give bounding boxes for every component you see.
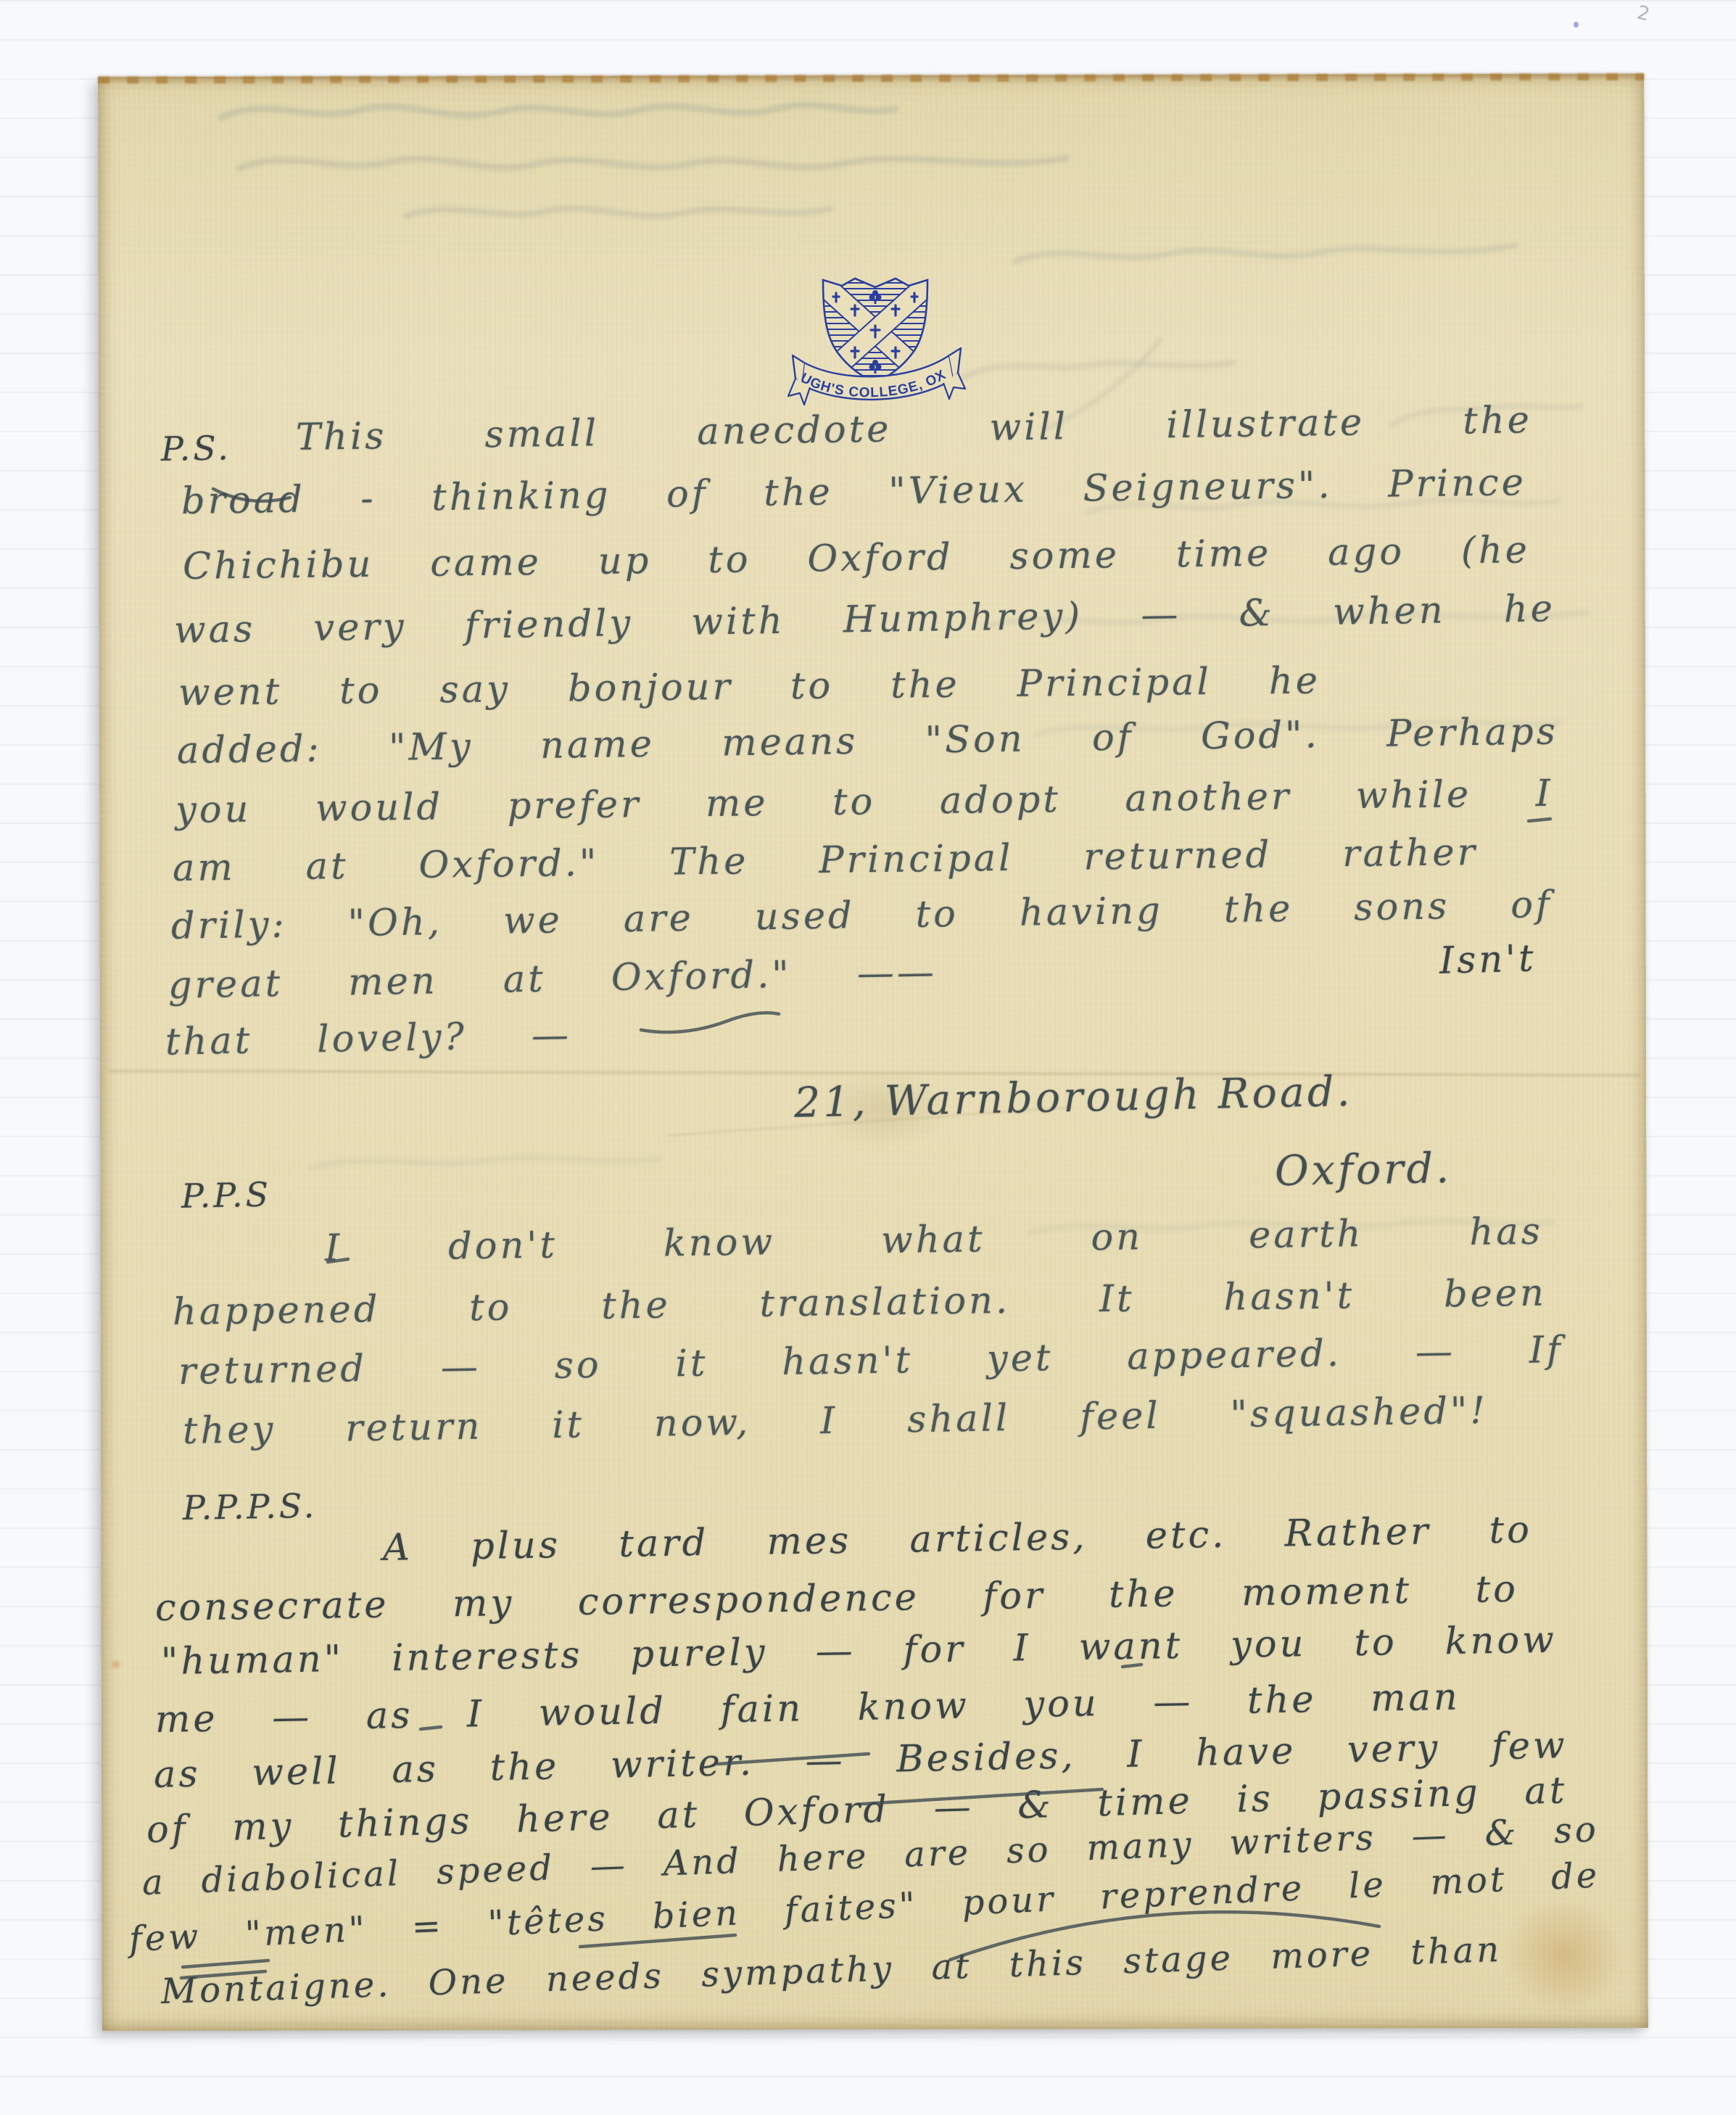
ps-label: P.S. — [161, 428, 232, 469]
ps-line: that lovely? — — [165, 1014, 571, 1064]
ppps-label: P.P.P.S. — [183, 1486, 318, 1527]
ink-speck — [1574, 22, 1579, 28]
scanned-letter-page: 2 — [0, 0, 1736, 2115]
corner-page-mark: 2 — [1635, 1, 1652, 25]
ps-aside-isnt: Isn't — [1439, 938, 1537, 983]
pps-label: P.P.S — [181, 1175, 272, 1216]
address-city: Oxford. — [1274, 1145, 1452, 1195]
paper-stain-small — [110, 1660, 122, 1670]
